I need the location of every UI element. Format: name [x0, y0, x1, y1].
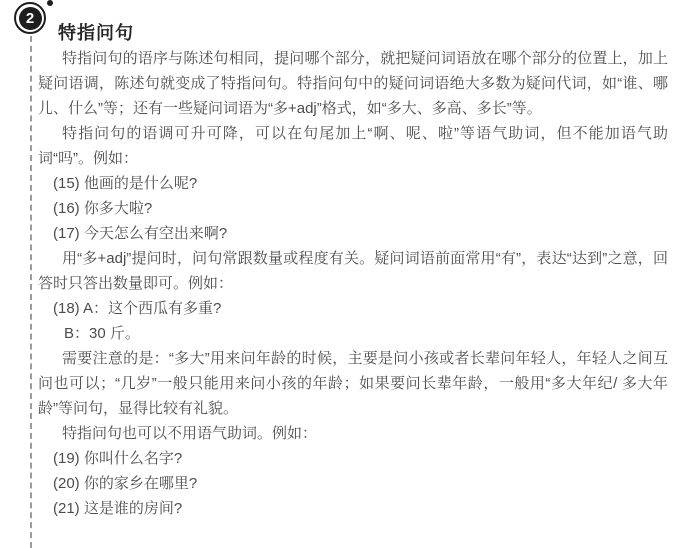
paragraph: 用“多+adj”提问时，问句常跟数量或程度有关。疑问词语前面常用“有”，表达“达… — [38, 246, 668, 296]
paragraph: 特指问句的语调可升可降，可以在句尾加上“啊、呢、啦”等语气助词，但不能加语气助词… — [38, 121, 668, 171]
paragraph: 需要注意的是：“多大”用来问年龄的时候，主要是问小孩或者长辈问年轻人，年轻人之间… — [38, 346, 668, 421]
example-line: (18) A：这个西瓜有多重? — [38, 296, 668, 321]
example-line: (17) 今天怎么有空出来啊? — [38, 221, 668, 246]
paragraph: 特指问句也可以不用语气助词。例如： — [38, 421, 668, 446]
example-line: (19) 你叫什么名字? — [38, 446, 668, 471]
section-number-badge: 2 — [14, 2, 46, 34]
badge-corner-dot — [47, 0, 53, 6]
example-line: (21) 这是谁的房间? — [38, 496, 668, 521]
example-line: (20) 你的家乡在哪里? — [38, 471, 668, 496]
paragraph: 特指问句的语序与陈述句相同，提问哪个部分，就把疑问词语放在哪个部分的位置上，加上… — [38, 46, 668, 121]
section-guide-line — [30, 36, 32, 548]
answer-line: B：30 斤。 — [38, 321, 668, 346]
example-line: (16) 你多大啦? — [38, 196, 668, 221]
example-line: (15) 他画的是什么呢? — [38, 171, 668, 196]
section-title: 特指问句 — [58, 19, 134, 45]
section-number: 2 — [19, 7, 42, 30]
content-blocks: 特指问句的语序与陈述句相同，提问哪个部分，就把疑问词语放在哪个部分的位置上，加上… — [38, 46, 668, 521]
